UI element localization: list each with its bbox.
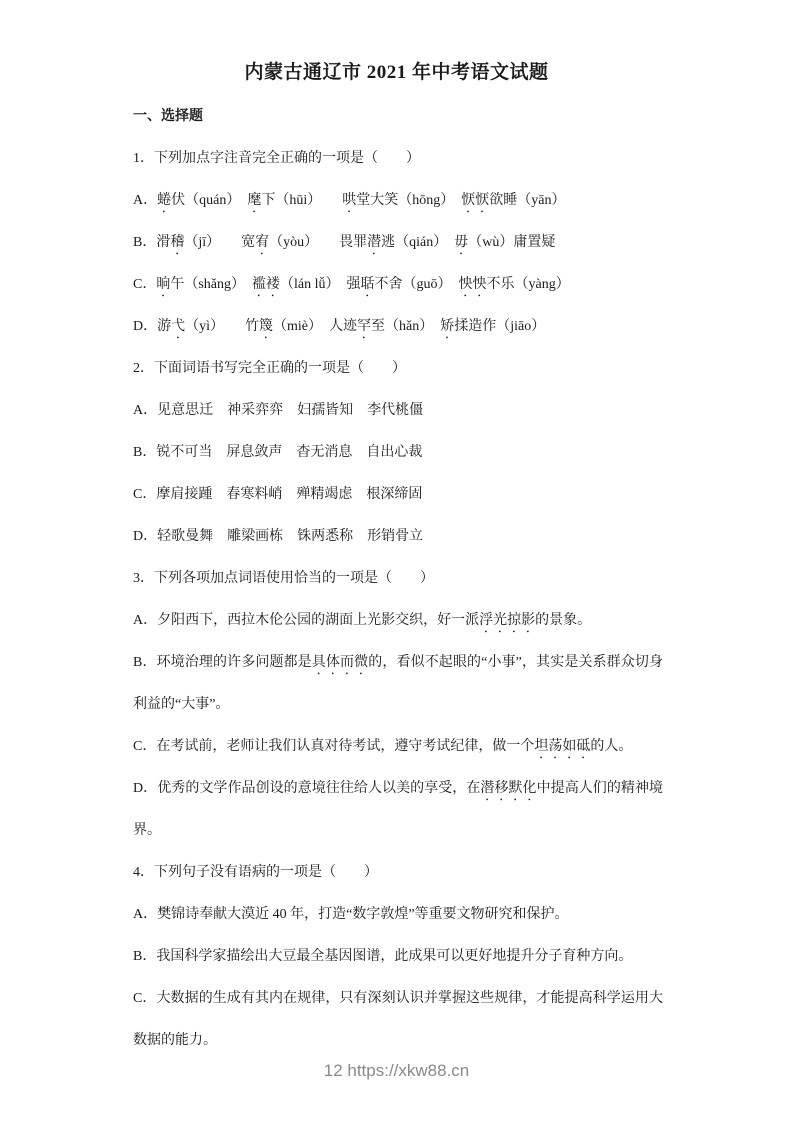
text-segment: 堂大笑（hōng） <box>356 193 461 208</box>
question-stem: 2．下面词语书写完全正确的一项是（ ） <box>133 348 663 390</box>
questions-list: 1．下列加点字注音完全正确的一项是（ ）A．蜷伏（quán） 麾下（hūi） 哄… <box>133 138 663 1062</box>
text-segment: 揉造作（jiāo） <box>454 319 545 334</box>
text-segment: （wù）庸置疑 <box>468 235 555 250</box>
option-label: D． <box>133 319 157 334</box>
option-line: B．环境治理的许多问题都是具体而微的，看似不起眼的“小事”，其实是关系群众切身利… <box>133 642 663 726</box>
option-line: D．游弋（yì） 竹篾（miè） 人迹罕至（hǎn） 矫揉造作（jiāo） <box>133 306 663 348</box>
text-segment: 至（hǎn） <box>371 319 440 334</box>
emphasized-segment: 宥 <box>255 235 269 250</box>
text-segment: 宽 <box>241 235 255 250</box>
text-segment: 轻歌曼舞 雕梁画栋 铢两悉称 形销骨立 <box>157 529 423 544</box>
text-segment: 环境治理的许多问题都是 <box>157 655 312 670</box>
text-segment: 畏罪 <box>339 235 367 250</box>
option-line: C．晌午（shǎng） 褴褛（lán lǚ） 强聒不舍（guō） 怏怏不乐（yà… <box>133 264 663 306</box>
text-segment: 竹 <box>245 319 259 334</box>
option-label: C． <box>133 487 156 502</box>
text-segment: 下（hūi） <box>261 193 342 208</box>
emphasized-segment: 毋 <box>454 235 468 250</box>
text-segment: 游 <box>157 319 171 334</box>
emphasized-segment: 稽 <box>170 235 184 250</box>
text-segment: 午（shǎng） <box>170 277 252 292</box>
option-label: D． <box>133 781 157 796</box>
text-segment: （yì） <box>185 319 245 334</box>
option-line: B．锐不可当 屏息敛声 杳无消息 自出心裁 <box>133 432 663 474</box>
emphasized-segment: 坦荡如砥 <box>534 739 590 754</box>
text-segment: 夕阳西下，西拉木伦公园的湖面上光影交织，好一派 <box>157 613 479 628</box>
emphasized-segment: 褴褛 <box>252 277 280 292</box>
text-segment: 优秀的文学作品创设的意境往往给人以美的享受，在 <box>157 781 480 796</box>
option-line: D．优秀的文学作品创设的意境往往给人以美的享受，在潜移默化中提高人们的精神境界。 <box>133 768 663 852</box>
option-line: B．我国科学家描绘出大豆最全基因图谱，此成果可以更好地提升分子育种方向。 <box>133 936 663 978</box>
option-label: B． <box>133 949 156 964</box>
emphasized-segment: 潜移默化 <box>480 781 536 796</box>
text-segment: 在考试前，老师让我们认真对待考试，遵守考试纪律，做一个 <box>156 739 534 754</box>
text-segment: 强 <box>347 277 361 292</box>
emphasized-segment: 浮光掠影 <box>479 613 535 628</box>
text-segment: 我国科学家描绘出大豆最全基因图谱，此成果可以更好地提升分子育种方向。 <box>156 949 632 964</box>
page-title: 内蒙古通辽市 2021 年中考语文试题 <box>0 0 793 88</box>
emphasized-segment: 恹恹 <box>461 193 489 208</box>
question-stem: 3．下列各项加点词语使用恰当的一项是（ ） <box>133 558 663 600</box>
option-line: A．樊锦诗奉献大漠近 40 年，打造“数字敦煌”等重要文物研究和保护。 <box>133 894 663 936</box>
page-footer: 12 https://xkw88.cn <box>0 1061 793 1081</box>
option-line: C．大数据的生成有其内在规律，只有深刻认识并掌握这些规律，才能提高科学运用大数据… <box>133 978 663 1062</box>
option-label: C． <box>133 277 156 292</box>
option-label: A． <box>133 193 157 208</box>
text-segment: 的景象。 <box>535 613 591 628</box>
emphasized-segment: 晌 <box>156 277 170 292</box>
section-heading: 一、选择题 <box>133 96 663 138</box>
text-segment: 的人。 <box>590 739 632 754</box>
text-segment: 滑 <box>156 235 170 250</box>
question-stem: 4．下列句子没有语病的一项是（ ） <box>133 852 663 894</box>
emphasized-segment: 潜 <box>367 235 381 250</box>
exam-paper-page: 内蒙古通辽市 2021 年中考语文试题 一、选择题 1．下列加点字注音完全正确的… <box>0 0 793 1122</box>
emphasized-segment: 聒 <box>361 277 375 292</box>
emphasized-segment: 篾 <box>259 319 273 334</box>
text-segment: （jī） <box>184 235 241 250</box>
text-segment: 逃（qián） <box>381 235 454 250</box>
text-segment: 见意思迁 神采弈弈 妇孺皆知 李代桃僵 <box>157 403 423 418</box>
emphasized-segment: 具体而微 <box>312 655 368 670</box>
option-label: C． <box>133 991 156 1006</box>
option-label: C． <box>133 739 156 754</box>
text-segment: 不舍（guō） <box>375 277 459 292</box>
option-label: B． <box>133 655 157 670</box>
option-line: A．夕阳西下，西拉木伦公园的湖面上光影交织，好一派浮光掠影的景象。 <box>133 600 663 642</box>
text-segment: （miè） <box>273 319 329 334</box>
footer-text: 12 https://xkw88.cn <box>324 1061 470 1080</box>
emphasized-segment: 哄 <box>342 193 356 208</box>
option-label: B． <box>133 235 156 250</box>
emphasized-segment: 蜷 <box>157 193 171 208</box>
option-line: A．蜷伏（quán） 麾下（hūi） 哄堂大笑（hōng） 恹恹欲睡（yān） <box>133 180 663 222</box>
emphasized-segment: 弋 <box>171 319 185 334</box>
option-line: C．在考试前，老师让我们认真对待考试，遵守考试纪律，做一个坦荡如砥的人。 <box>133 726 663 768</box>
text-segment: 不乐（yàng） <box>487 277 570 292</box>
emphasized-segment: 矫 <box>440 319 454 334</box>
option-label: A． <box>133 613 157 628</box>
text-segment: 锐不可当 屏息敛声 杳无消息 自出心裁 <box>156 445 422 460</box>
text-segment: （yòu） <box>269 235 339 250</box>
text-segment: 人迹 <box>329 319 357 334</box>
option-label: A． <box>133 907 157 922</box>
option-label: A． <box>133 403 157 418</box>
text-segment: 大数据的生成有其内在规律，只有深刻认识并掌握这些规律，才能提高科学运用大数据的能… <box>133 991 663 1048</box>
question-stem: 1．下列加点字注音完全正确的一项是（ ） <box>133 138 663 180</box>
option-line: D．轻歌曼舞 雕梁画栋 铢两悉称 形销骨立 <box>133 516 663 558</box>
text-segment: 欲睡（yān） <box>489 193 565 208</box>
emphasized-segment: 罕 <box>357 319 371 334</box>
text-segment: 伏（quán） <box>171 193 247 208</box>
emphasized-segment: 怏怏 <box>459 277 487 292</box>
text-segment: 摩肩接踵 春寒料峭 殚精竭虑 根深缔固 <box>156 487 422 502</box>
option-line: B．滑稽（jī） 宽宥（yòu） 畏罪潜逃（qián） 毋（wù）庸置疑 <box>133 222 663 264</box>
option-line: C．摩肩接踵 春寒料峭 殚精竭虑 根深缔固 <box>133 474 663 516</box>
option-label: B． <box>133 445 156 460</box>
document-body: 一、选择题 1．下列加点字注音完全正确的一项是（ ）A．蜷伏（quán） 麾下（… <box>133 96 663 1062</box>
text-segment: （lán lǚ） <box>280 277 347 292</box>
text-segment: 樊锦诗奉献大漠近 40 年，打造“数字敦煌”等重要文物研究和保护。 <box>157 907 568 922</box>
option-line: A．见意思迁 神采弈弈 妇孺皆知 李代桃僵 <box>133 390 663 432</box>
emphasized-segment: 麾 <box>247 193 261 208</box>
option-label: D． <box>133 529 157 544</box>
